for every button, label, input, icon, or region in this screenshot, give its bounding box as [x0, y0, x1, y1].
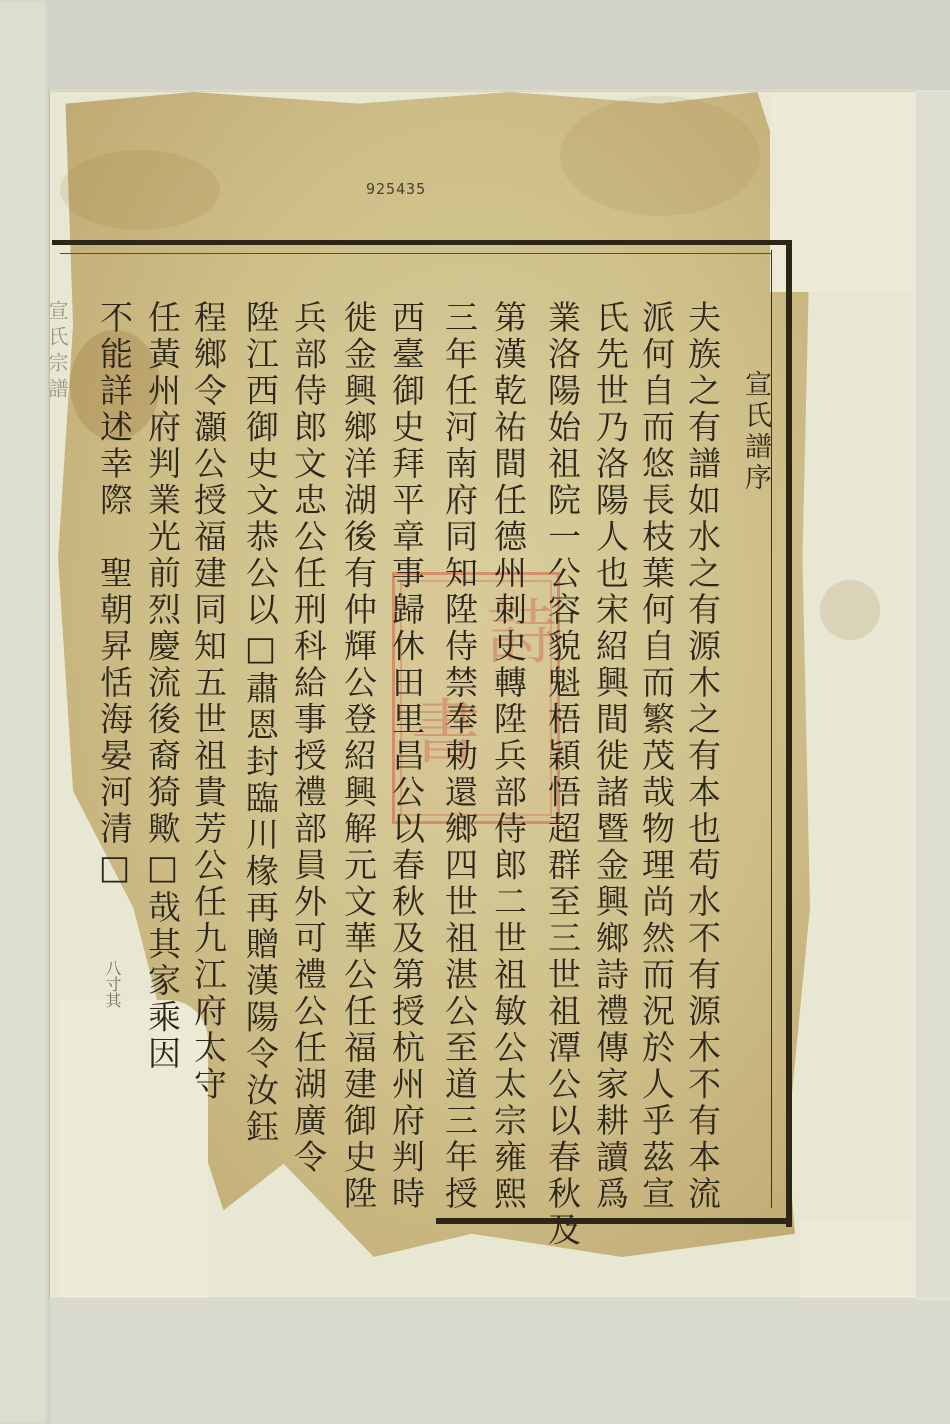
- scan-bottom-margin: [0, 1300, 950, 1424]
- text-column-2: 派何自而悠長枝葉何自而繁茂哉物理尚然而況於人乎茲宣: [634, 300, 678, 1213]
- text-column-1: 夫族之有譜如水之有源木之有本也苟水不有源木不有本流: [680, 300, 724, 1213]
- document-title: 宣氏譜序: [737, 370, 773, 494]
- text-column-8: 徙金興鄉洋湖後有仲輝公登紹興解元文華公任福建御史陞: [336, 300, 380, 1213]
- water-stain: [60, 150, 220, 230]
- text-column-4: 業洛陽始祖院一公容貌魁梧穎悟超群至三世祖潭公以春秋及: [540, 300, 584, 1249]
- archive-serial-number: 925435: [366, 180, 426, 198]
- text-column-7: 西臺御史拜平章事歸休田里昌公以春秋及第授杭州府判時: [384, 300, 428, 1213]
- repair-patch-bottom-right: [800, 1220, 916, 1298]
- spine-label: 宣氏宗譜: [52, 300, 72, 404]
- water-stain: [820, 580, 880, 640]
- text-column-11: 程鄉令灝公授福建同知五世祖貴芳公任九江府太守: [186, 300, 230, 1103]
- printed-inner-rule-top: [60, 253, 772, 254]
- text-column-3: 氏先世乃洛陽人也宋紹興間徙諸暨金興鄉詩禮傳家耕讀爲: [588, 300, 632, 1213]
- text-column-5: 第漢乾祐間任德州刺史轉陞兵部侍郎二世祖敏公太宗雍熙: [486, 300, 530, 1213]
- water-stain: [560, 96, 760, 216]
- left-binding-strip: [0, 0, 50, 1424]
- margin-fragment-text: 八寸其: [101, 960, 124, 1008]
- text-column-10: 陞江西御史文恭公以□肅恩封臨川椽再贈漢陽令汝鈺: [238, 300, 282, 1146]
- text-column-9: 兵部侍郎文忠公任刑科給事授禮部員外可禮公任湖廣令: [286, 300, 330, 1176]
- text-column-13: 不能詳述幸際 聖朝昇恬海晏河清□: [92, 300, 136, 890]
- scan-top-margin: [0, 0, 950, 90]
- text-column-12: 任黃州府判業光前烈慶流後裔猗歟□哉其家乘因: [140, 300, 184, 1073]
- right-mount-edge: [916, 92, 950, 1298]
- printed-border-bottom: [436, 1218, 786, 1224]
- text-column-6: 三年任河南府同知陞侍禁奉勅還鄉四世祖湛公至道三年授: [437, 300, 481, 1213]
